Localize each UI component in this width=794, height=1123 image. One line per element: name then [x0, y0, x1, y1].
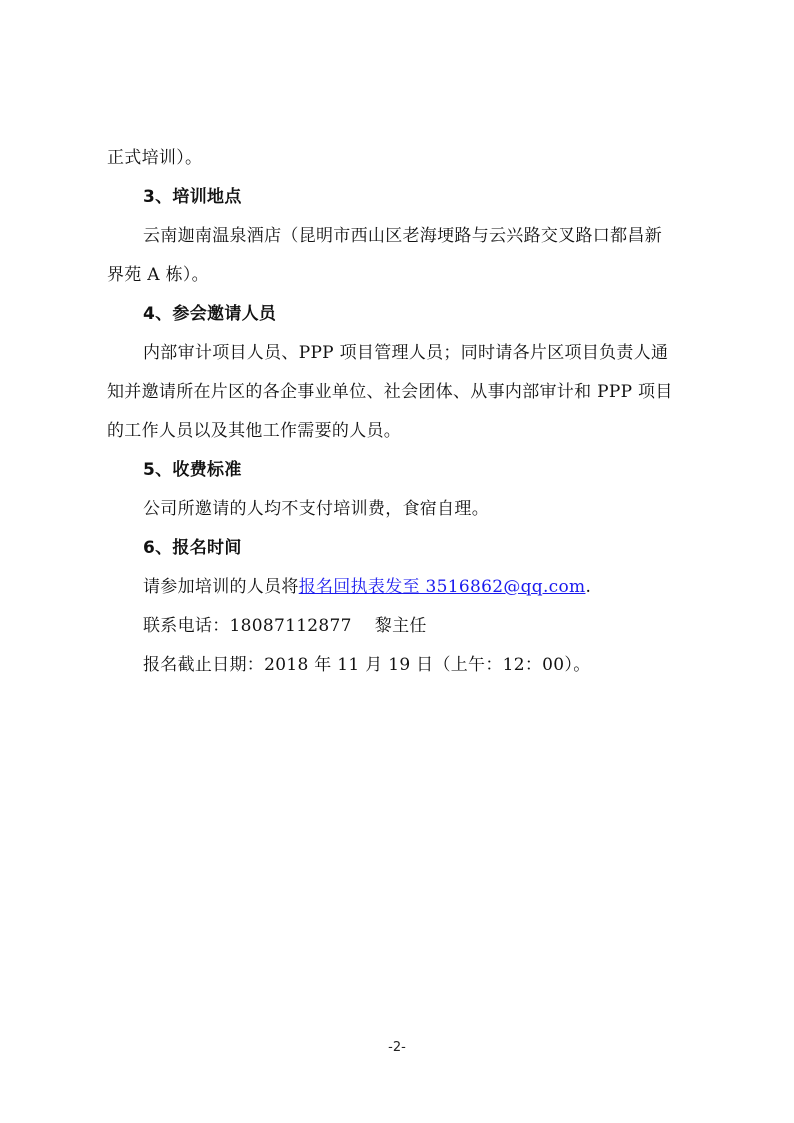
- section-heading-training-location: 3、培训地点: [143, 186, 242, 208]
- page-number: -2-: [0, 1040, 794, 1055]
- registration-email-link[interactable]: 报名回执表发至 3516862@qq.com: [299, 577, 586, 597]
- section-heading-fees: 5、收费标准: [143, 459, 242, 481]
- section-heading-registration: 6、报名时间: [143, 537, 242, 559]
- registration-text: 请参加培训的人员将报名回执表发至 3516862@qq.com.: [143, 576, 591, 598]
- location-text-line-1: 云南迦南温泉酒店（昆明市西山区老海埂路与云兴路交叉路口都昌新: [143, 225, 662, 247]
- registration-deadline: 报名截止日期：2018 年 11 月 19 日（上午：12：00）。: [143, 654, 591, 676]
- invitees-text-line-3: 的工作人员以及其他工作需要的人员。: [107, 420, 401, 442]
- registration-prefix: 请参加培训的人员将: [143, 577, 299, 597]
- document-page: 正式培训）。 3、培训地点 云南迦南温泉酒店（昆明市西山区老海埂路与云兴路交叉路…: [0, 0, 794, 1123]
- invitees-text-line-1: 内部审计项目人员、PPP 项目管理人员；同时请各片区项目负责人通: [143, 342, 668, 364]
- fees-text: 公司所邀请的人均不支付培训费，食宿自理。: [143, 498, 489, 520]
- contact-phone: 联系电话：18087112877 黎主任: [143, 615, 427, 637]
- location-text-line-2: 界苑 A 栋）。: [107, 264, 209, 286]
- section-heading-invitees: 4、参会邀请人员: [143, 303, 276, 325]
- paragraph-continuation: 正式培训）。: [107, 147, 202, 169]
- registration-suffix: .: [585, 577, 591, 597]
- invitees-text-line-2: 知并邀请所在片区的各企事业单位、社会团体、从事内部审计和 PPP 项目: [107, 381, 673, 403]
